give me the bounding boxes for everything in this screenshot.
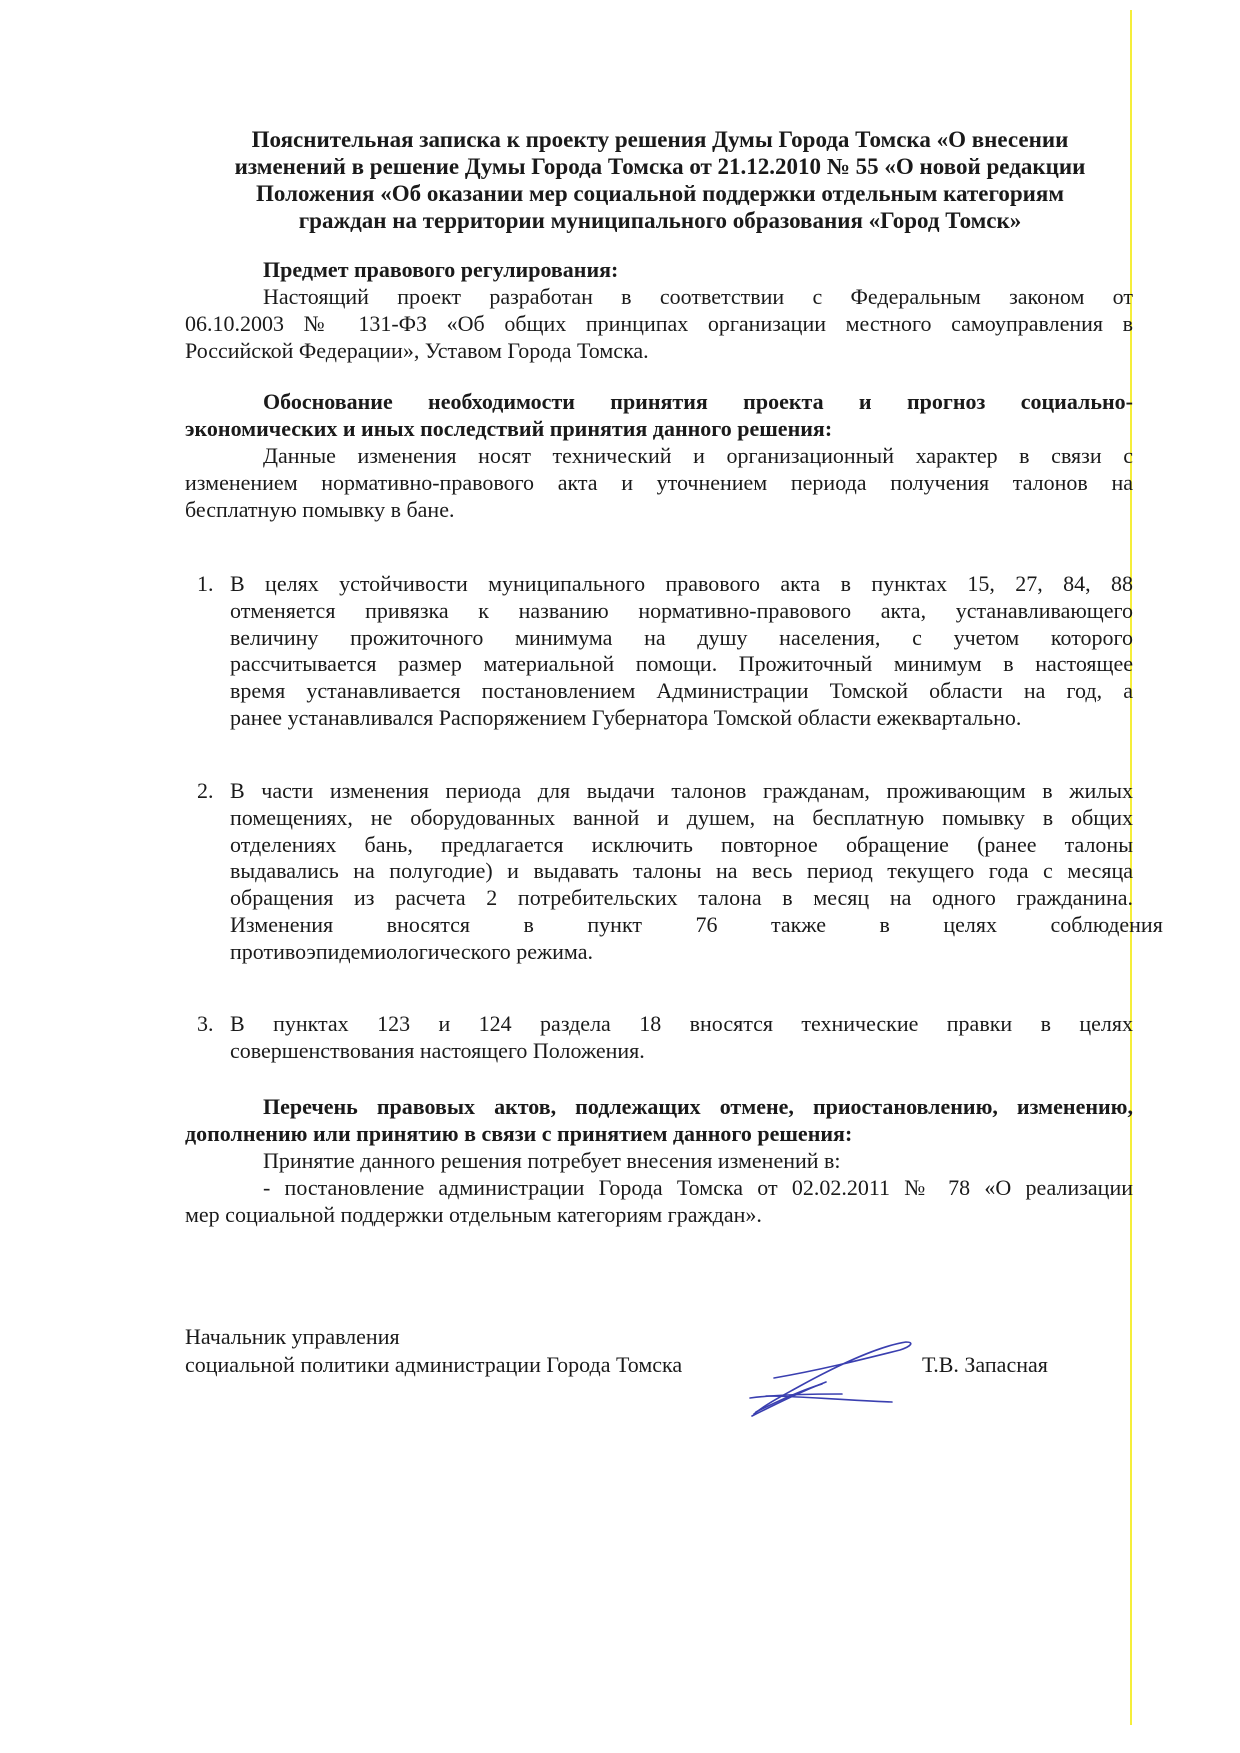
section-heading: Обоснование необходимости принятия проек… — [185, 388, 1133, 415]
list-line: отменяется привязка к названию нормативн… — [230, 598, 1133, 625]
list-number: 3. — [197, 1011, 214, 1038]
list-line: обращения из расчета 2 потребительских т… — [230, 885, 1133, 912]
list-line: совершенствования настоящего Положения. — [230, 1038, 1133, 1065]
paragraph-line: Принятие данного решения потребует внесе… — [185, 1147, 1133, 1174]
title-line: Пояснительная записка к проекту решения … — [185, 126, 1135, 153]
list-line: отделениях бань, предлагается исключить … — [230, 832, 1133, 859]
list-item-1: 1. В целях устойчивости муниципального п… — [197, 571, 1133, 741]
section-heading: дополнению или принятию в связи с принят… — [185, 1120, 1133, 1147]
list-item-3: 3. В пунктах 123 и 124 раздела 18 вносят… — [197, 1011, 1133, 1071]
position-line: социальной политики администрации Города… — [185, 1351, 682, 1379]
list-line: время устанавливается постановлением Адм… — [230, 678, 1133, 705]
section-heading: Предмет правового регулирования: — [185, 256, 1133, 283]
list-number: 1. — [197, 571, 214, 598]
list-item-2: 2. В части изменения периода для выдачи … — [197, 778, 1133, 968]
signatory-name: Т.В. Запасная — [922, 1351, 1048, 1379]
list-number: 2. — [197, 778, 214, 805]
list-line: величину прожиточного минимума на душу н… — [230, 625, 1133, 652]
paragraph-line: бесплатную помывку в бане. — [185, 496, 1133, 523]
signatory-position: Начальник управления социальной политики… — [185, 1323, 682, 1379]
paragraph-line: Российской Федерации», Уставом Города То… — [185, 337, 1133, 364]
title-line: Положения «Об оказании мер социальной по… — [185, 180, 1135, 207]
section-heading: Перечень правовых актов, подлежащих отме… — [185, 1093, 1133, 1120]
list-line: Изменения вносятся в пункт 76 также в це… — [230, 912, 1133, 939]
title-line: изменений в решение Думы Города Томска о… — [185, 153, 1135, 180]
section-legal-subject: Предмет правового регулирования: Настоящ… — [185, 256, 1133, 364]
paragraph-line: 06.10.2003 № 131-ФЗ «Об общих принципах … — [185, 310, 1133, 337]
paragraph-line: изменением нормативно-правового акта и у… — [185, 469, 1133, 496]
list-line: В целях устойчивости муниципального прав… — [230, 571, 1133, 598]
list-line: помещениях, не оборудованных ванной и ду… — [230, 805, 1133, 832]
paragraph-line: - постановление администрации Города Том… — [185, 1174, 1133, 1201]
document-title: Пояснительная записка к проекту решения … — [185, 126, 1135, 234]
list-line: выдавались на полугодие) и выдавать тало… — [230, 858, 1133, 885]
list-line: ранее устанавливался Распоряжением Губер… — [230, 705, 1133, 732]
position-line: Начальник управления — [185, 1323, 682, 1351]
paragraph-line: мер социальной поддержки отдельным катег… — [185, 1201, 1133, 1228]
list-line: В пунктах 123 и 124 раздела 18 вносятся … — [230, 1011, 1133, 1038]
list-line: В части изменения периода для выдачи тал… — [230, 778, 1133, 805]
handwritten-signature-icon — [730, 1320, 930, 1420]
section-justification: Обоснование необходимости принятия проек… — [185, 388, 1133, 523]
list-line: рассчитывается размер материальной помощ… — [230, 651, 1133, 678]
title-line: граждан на территории муниципального обр… — [185, 207, 1135, 234]
section-heading: экономических и иных последствий приняти… — [185, 415, 1133, 442]
list-line: противоэпидемиологического режима. — [230, 939, 1133, 966]
section-affected-acts: Перечень правовых актов, подлежащих отме… — [185, 1093, 1133, 1228]
paragraph-line: Настоящий проект разработан в соответств… — [185, 283, 1133, 310]
paragraph-line: Данные изменения носят технический и орг… — [185, 442, 1133, 469]
